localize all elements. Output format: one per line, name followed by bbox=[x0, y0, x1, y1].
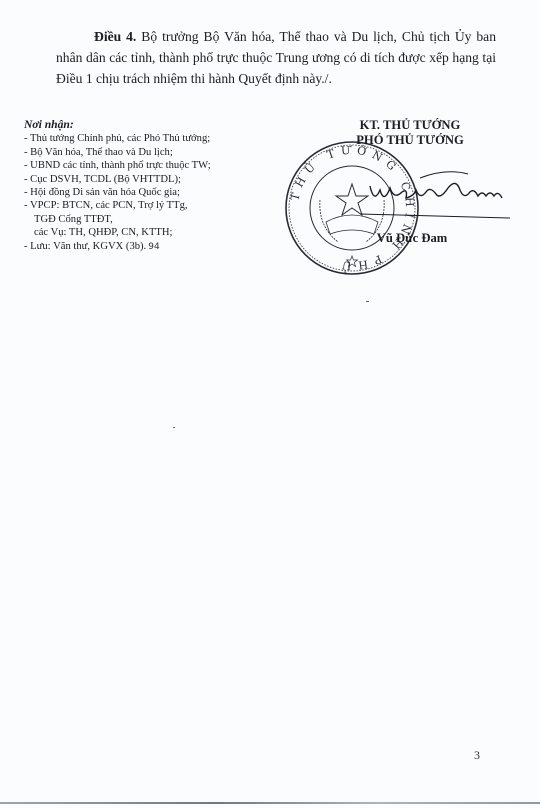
recipient-item-text: - Lưu: Văn thư, KGVX (3b). bbox=[24, 241, 146, 252]
page-number: 3 bbox=[474, 748, 480, 763]
article-4: Điều 4. Bộ trưởng Bộ Văn hóa, Thể thao v… bbox=[56, 26, 496, 89]
signature-title-line2: PHÓ THỦ TƯỚNG bbox=[340, 133, 480, 148]
signature-title-line1: KT. THỦ TƯỚNG bbox=[340, 118, 480, 133]
recipient-item: - Hội đồng Di sản văn hóa Quốc gia; bbox=[24, 186, 284, 199]
recipient-item-archive: - Lưu: Văn thư, KGVX (3b).94 bbox=[24, 240, 284, 254]
recipient-item: - VPCP: BTCN, các PCN, Trợ lý TTg, bbox=[24, 199, 284, 212]
scan-speck bbox=[366, 301, 369, 302]
scan-edge bbox=[0, 802, 540, 804]
signer-name: Vũ Đức Đam bbox=[362, 231, 462, 246]
recipient-item: - Bộ Văn hóa, Thể thao và Du lịch; bbox=[24, 146, 284, 159]
signature-block: THỦ TƯỚNG CHÍNH PHỦ KT. THỦ TƯỚNG PHÓ TH… bbox=[300, 118, 520, 268]
recipient-item: - Thủ tướng Chính phủ, các Phó Thủ tướng… bbox=[24, 132, 284, 145]
recipient-item: TGĐ Cổng TTĐT, bbox=[24, 213, 284, 226]
recipient-item: các Vụ: TH, QHĐP, CN, KTTH; bbox=[24, 226, 284, 239]
recipient-item: - UBND các tỉnh, thành phố trực thuộc TW… bbox=[24, 159, 284, 172]
handwritten-signature-icon bbox=[360, 160, 520, 220]
recipients-block: Nơi nhận: - Thủ tướng Chính phủ, các Phó… bbox=[24, 118, 284, 254]
scan-speck bbox=[173, 427, 175, 428]
document-page: Điều 4. Bộ trưởng Bộ Văn hóa, Thể thao v… bbox=[0, 0, 540, 808]
article-4-paragraph: Điều 4. Bộ trưởng Bộ Văn hóa, Thể thao v… bbox=[56, 26, 496, 89]
recipient-item: - Cục DSVH, TCDL (Bộ VHTTDL); bbox=[24, 173, 284, 186]
recipients-heading: Nơi nhận: bbox=[24, 118, 284, 131]
handwritten-mark: 94 bbox=[148, 242, 159, 252]
article-label: Điều 4. bbox=[94, 29, 136, 44]
